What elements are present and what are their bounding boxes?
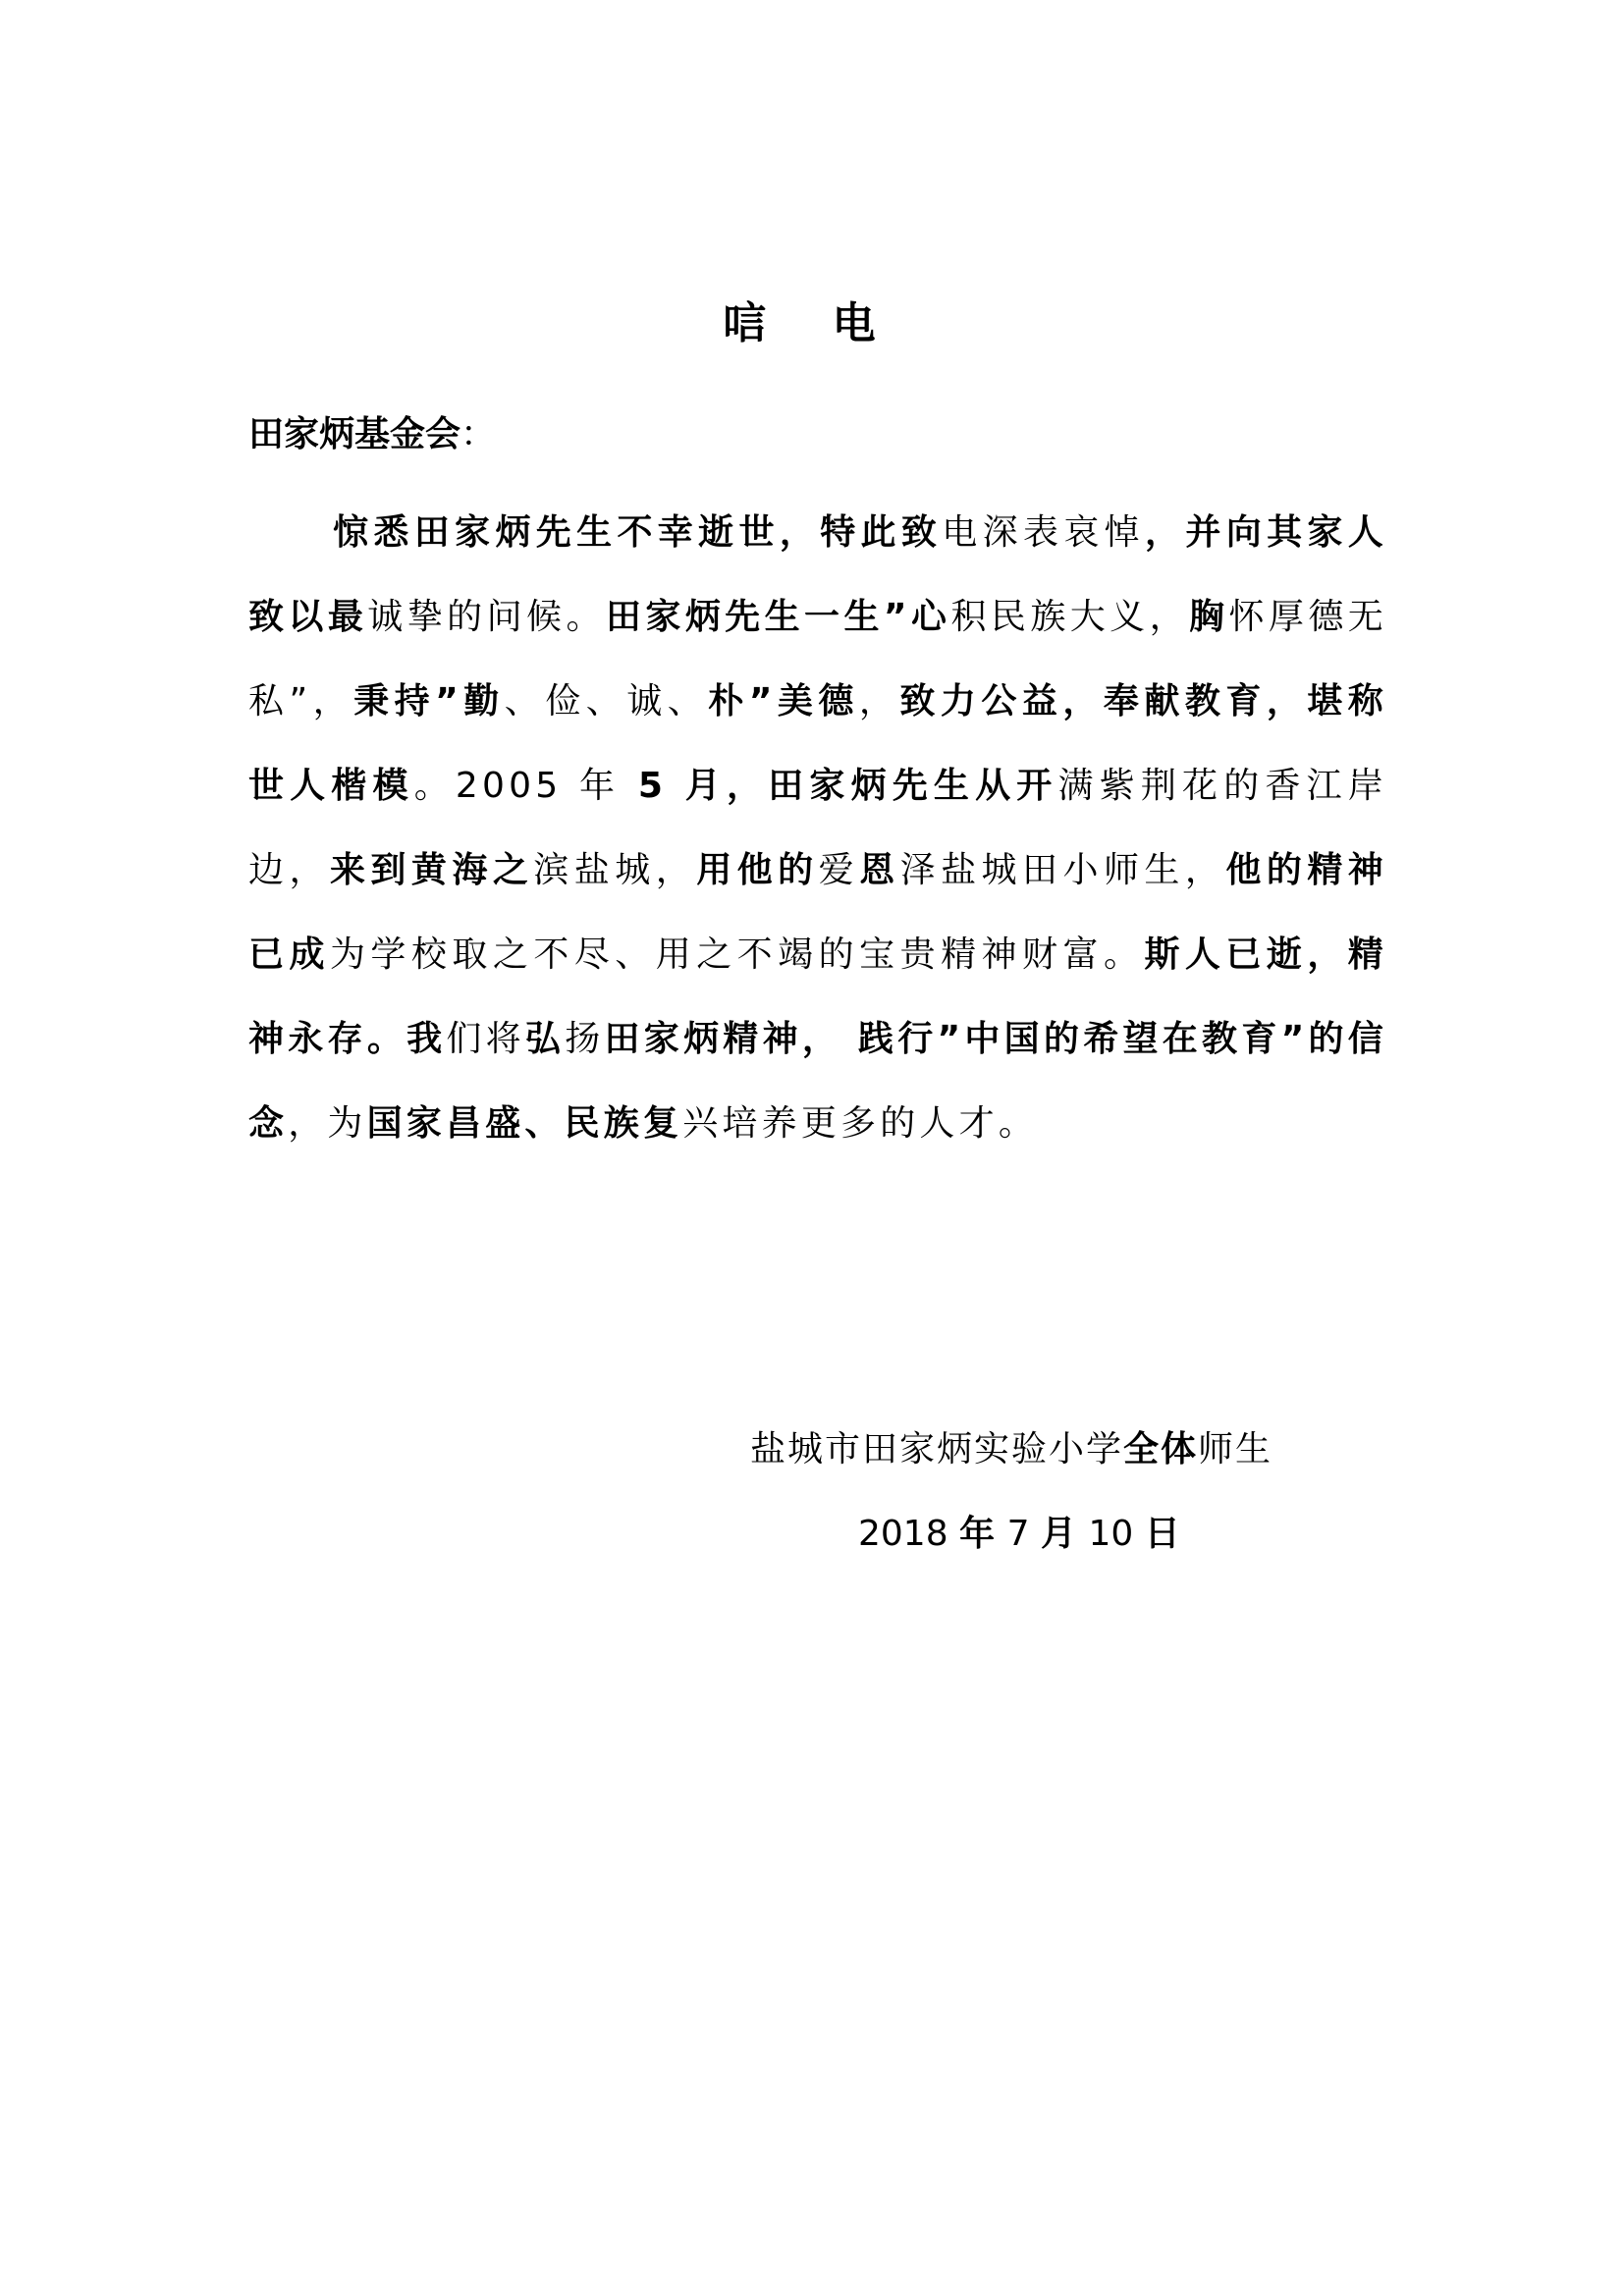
body-segment: 滨盐城，	[533, 850, 696, 890]
body-segment: 恩	[859, 850, 899, 890]
body-segment: 。2005 年	[414, 766, 638, 806]
signature-segment: 盐城市田家炳实验小学	[750, 1429, 1123, 1469]
body-segment: 国家昌盛、民族复	[367, 1103, 683, 1144]
date-segment: 月	[1041, 1514, 1089, 1554]
body-segment: 用他的	[696, 850, 818, 890]
date-segment: 日	[1145, 1514, 1180, 1554]
body-segment: 、俭、诚、	[505, 681, 708, 721]
body-segment: 取之不尽、用之不竭的宝	[452, 934, 899, 975]
salutation-colon: ：	[460, 414, 496, 454]
body-segment: 扬	[565, 1019, 604, 1059]
condolence-body: 惊悉田家炳先生不幸逝世，特此致电深表哀悼，并向其家人致以最诚挚的问候。田家炳先生…	[248, 491, 1387, 1166]
body-segment: 泽盐城田小师生，	[900, 850, 1226, 890]
body-segment: 积民族大义，	[950, 597, 1189, 637]
document-page: 唁 电 田家炳基金会： 惊悉田家炳先生不幸逝世，特此致电深表哀悼，并向其家人致以…	[0, 0, 1624, 2296]
body-segment: 贵精神财富。	[900, 934, 1145, 975]
body-segment: 弘	[525, 1019, 565, 1059]
body-segment: 来到黄海之	[330, 850, 533, 890]
signature-segment: 师生	[1198, 1429, 1272, 1469]
body-segment: 5 月，田家炳先生从开	[638, 766, 1058, 806]
body-segment: 诚挚的问候。	[367, 597, 606, 637]
body-segment: 们将	[446, 1019, 525, 1059]
body-segment: 朴”美德	[708, 681, 859, 721]
body-segment: 电深表哀悼	[942, 512, 1145, 553]
signature: 盐城市田家炳实验小学全体师生	[750, 1425, 1272, 1474]
signature-segment: 全体	[1123, 1429, 1198, 1469]
page-title: 唁 电	[0, 294, 1624, 353]
salutation-recipient: 田家炳基金会	[248, 414, 460, 454]
document-date: 2018 年 7 月 10 日	[858, 1510, 1180, 1559]
body-segment: 田家炳先生一生”心	[606, 597, 951, 637]
body-segment: ，	[859, 681, 900, 721]
body-segment: 惊悉田家炳先生不幸逝世，特此致	[333, 512, 942, 553]
body-segment: 为学校	[330, 934, 452, 975]
salutation: 田家炳基金会：	[248, 410, 496, 459]
body-segment: 兴培养更多的人才。	[682, 1103, 1038, 1144]
date-segment: 2018	[858, 1514, 959, 1554]
body-segment: 爱	[819, 850, 859, 890]
date-segment: 年	[959, 1514, 1007, 1554]
date-segment: 10	[1089, 1514, 1145, 1554]
body-segment: ，为	[288, 1103, 366, 1144]
date-segment: 7	[1007, 1514, 1041, 1554]
body-segment: 秉持”勤	[353, 681, 505, 721]
body-segment: 胸	[1189, 597, 1228, 637]
